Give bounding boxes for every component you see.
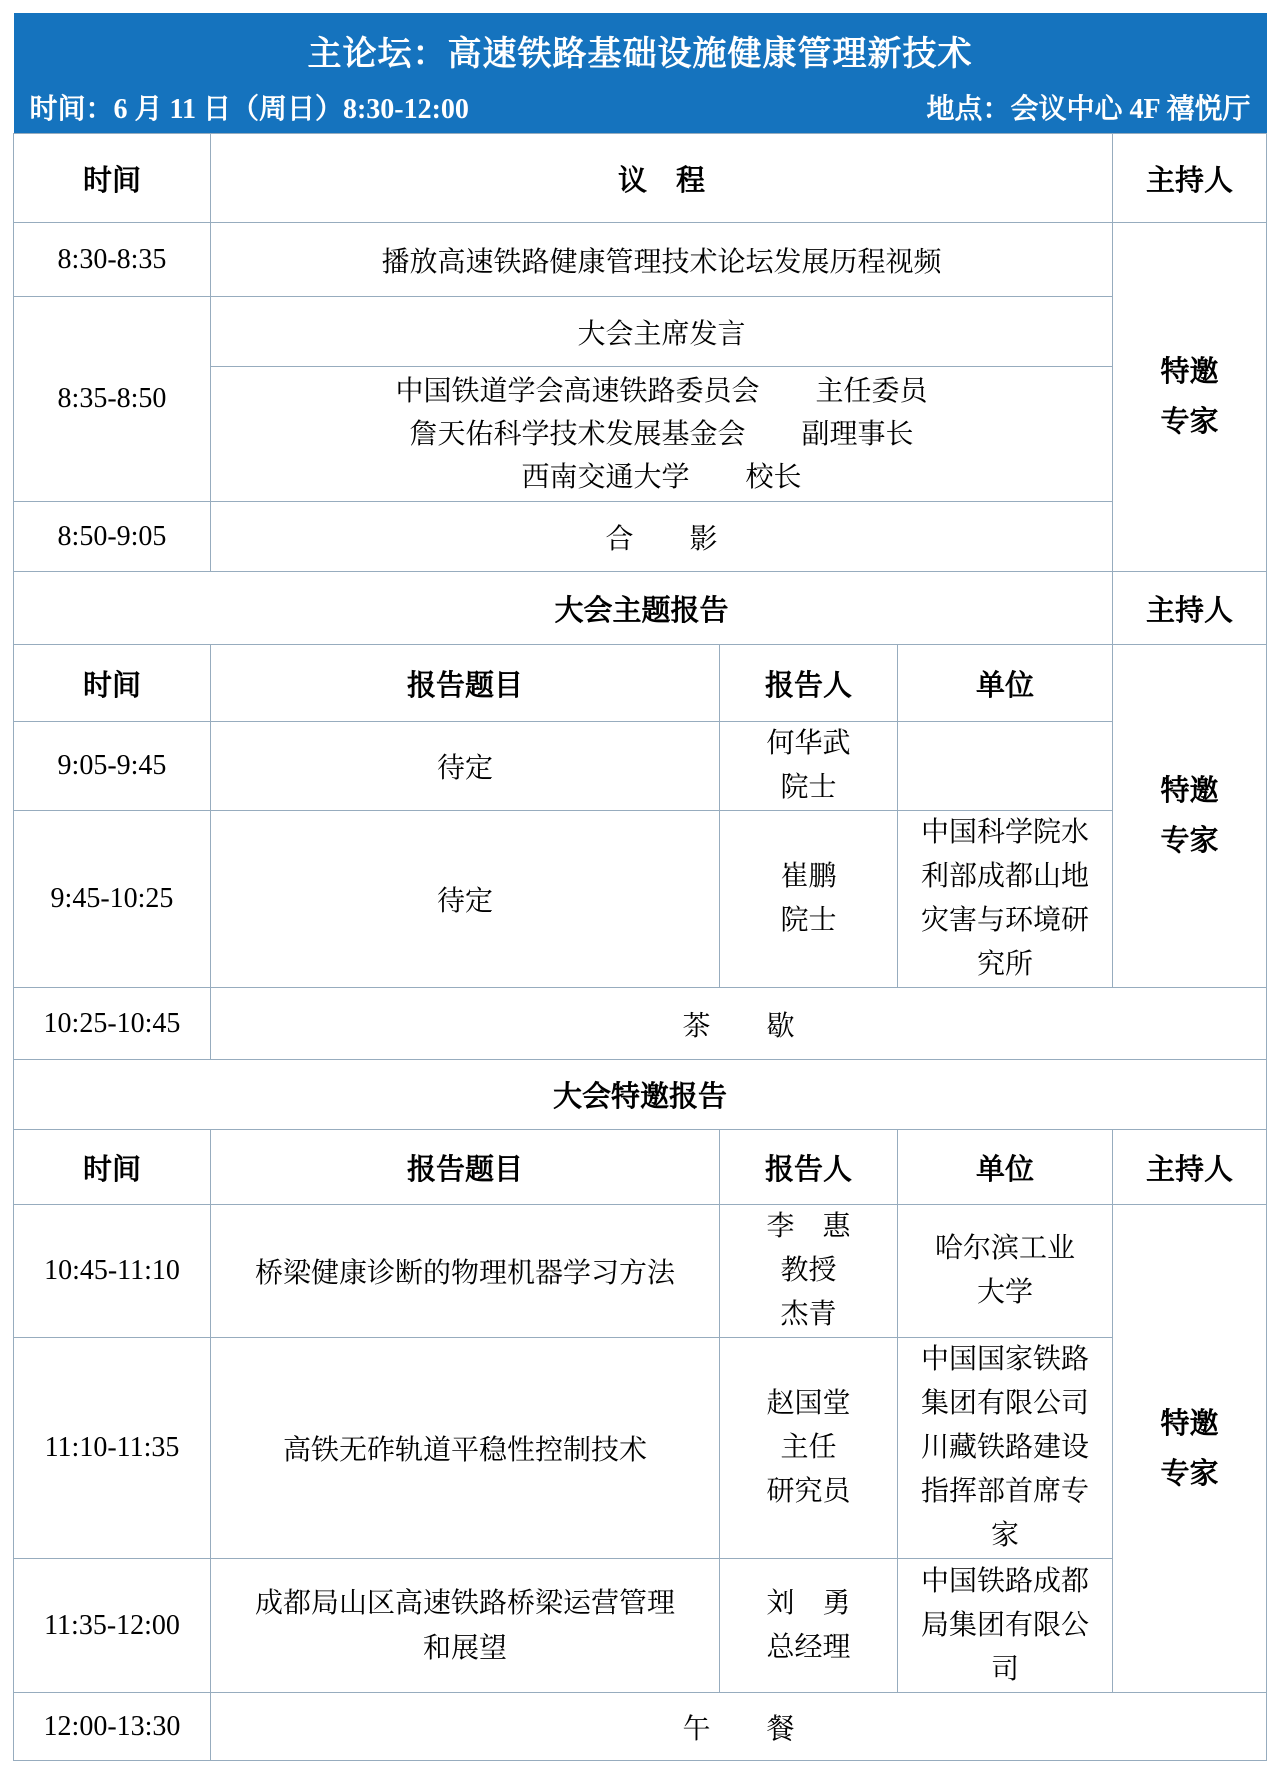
chair-titles-list: 中国铁道学会高速铁路委员会 主任委员 詹天佑科学技术发展基金会 副理事长 西南交… — [211, 367, 1112, 501]
s3-section-title: 大会特邀报告 — [14, 1060, 1267, 1130]
s2-row1-speaker: 何华武 院士 — [720, 722, 898, 811]
s3-header-topic: 报告题目 — [211, 1130, 720, 1205]
s2-section-title: 大会主题报告 — [14, 572, 1113, 645]
banner-info: 时间：6 月 11 日（周日）8:30-12:00 地点：会议中心 4F 禧悦厅 — [14, 87, 1267, 133]
s2-header-time: 时间 — [14, 645, 211, 722]
program-page: 主论坛：高速铁路基础设施健康管理新技术 时间：6 月 11 日（周日）8:30-… — [13, 13, 1266, 1761]
s1-row2-time: 8:35-8:50 — [14, 297, 211, 502]
chair-speech-label: 大会主席发言 — [211, 297, 1112, 367]
s3-row1-topic: 桥梁健康诊断的物理机器学习方法 — [211, 1205, 720, 1338]
s1-header-agenda: 议 程 — [211, 134, 1113, 223]
lunch-label: 午 餐 — [211, 1693, 1267, 1761]
tea-break-label: 茶 歇 — [211, 988, 1267, 1060]
s3-header-org: 单位 — [898, 1130, 1113, 1205]
forum-title: 主论坛：高速铁路基础设施健康管理新技术 — [14, 13, 1267, 87]
lunch-time: 12:00-13:30 — [14, 1693, 211, 1761]
s1-row1-agenda: 播放高速铁路健康管理技术论坛发展历程视频 — [211, 223, 1113, 297]
s1-header-host: 主持人 — [1113, 134, 1267, 223]
s3-row1-time: 10:45-11:10 — [14, 1205, 211, 1338]
s3-header-host: 主持人 — [1113, 1130, 1267, 1205]
s2-header-org: 单位 — [898, 645, 1113, 722]
s2-header-topic: 报告题目 — [211, 645, 720, 722]
program-table: 主论坛：高速铁路基础设施健康管理新技术 时间：6 月 11 日（周日）8:30-… — [13, 13, 1267, 1761]
s3-header-time: 时间 — [14, 1130, 211, 1205]
s3-row3-speaker: 刘 勇 总经理 — [720, 1559, 898, 1693]
forum-location: 地点：会议中心 4F 禧悦厅 — [926, 87, 1250, 127]
s2-host-header: 主持人 — [1113, 572, 1267, 645]
s3-row3-topic: 成都局山区高速铁路桥梁运营管理 和展望 — [211, 1559, 720, 1693]
s1-header-time: 时间 — [14, 134, 211, 223]
forum-time: 时间：6 月 11 日（周日）8:30-12:00 — [30, 87, 469, 127]
s2-host-cell: 特邀 专家 — [1113, 645, 1267, 988]
s3-row1-org: 哈尔滨工业 大学 — [898, 1205, 1113, 1338]
s1-host-cell: 特邀 专家 — [1113, 223, 1267, 572]
s2-row1-org — [898, 722, 1113, 811]
s3-row2-time: 11:10-11:35 — [14, 1338, 211, 1559]
s2-row1-time: 9:05-9:45 — [14, 722, 211, 811]
s2-header-speaker: 报告人 — [720, 645, 898, 722]
s2-row2-topic: 待定 — [211, 811, 720, 988]
s2-row1-topic: 待定 — [211, 722, 720, 811]
s2-row2-time: 9:45-10:25 — [14, 811, 211, 988]
group-photo-label: 合 影 — [211, 502, 1113, 572]
s3-host-cell: 特邀 专家 — [1113, 1205, 1267, 1693]
s3-row3-time: 11:35-12:00 — [14, 1559, 211, 1693]
s3-row2-org: 中国国家铁路 集团有限公司 川藏铁路建设 指挥部首席专 家 — [898, 1338, 1113, 1559]
s2-row2-org: 中国科学院水 利部成都山地 灾害与环境研 究所 — [898, 811, 1113, 988]
s3-row1-speaker: 李 惠 教授 杰青 — [720, 1205, 898, 1338]
s3-row2-topic: 高铁无砟轨道平稳性控制技术 — [211, 1338, 720, 1559]
s1-row3-time: 8:50-9:05 — [14, 502, 211, 572]
s1-row1-time: 8:30-8:35 — [14, 223, 211, 297]
s1-row2-agenda: 大会主席发言 中国铁道学会高速铁路委员会 主任委员 詹天佑科学技术发展基金会 副… — [211, 297, 1113, 502]
tea-break-time: 10:25-10:45 — [14, 988, 211, 1060]
s3-header-speaker: 报告人 — [720, 1130, 898, 1205]
s2-row2-speaker: 崔鹏 院士 — [720, 811, 898, 988]
banner: 主论坛：高速铁路基础设施健康管理新技术 时间：6 月 11 日（周日）8:30-… — [14, 13, 1267, 134]
s3-row3-org: 中国铁路成都 局集团有限公 司 — [898, 1559, 1113, 1693]
s3-row2-speaker: 赵国堂 主任 研究员 — [720, 1338, 898, 1559]
